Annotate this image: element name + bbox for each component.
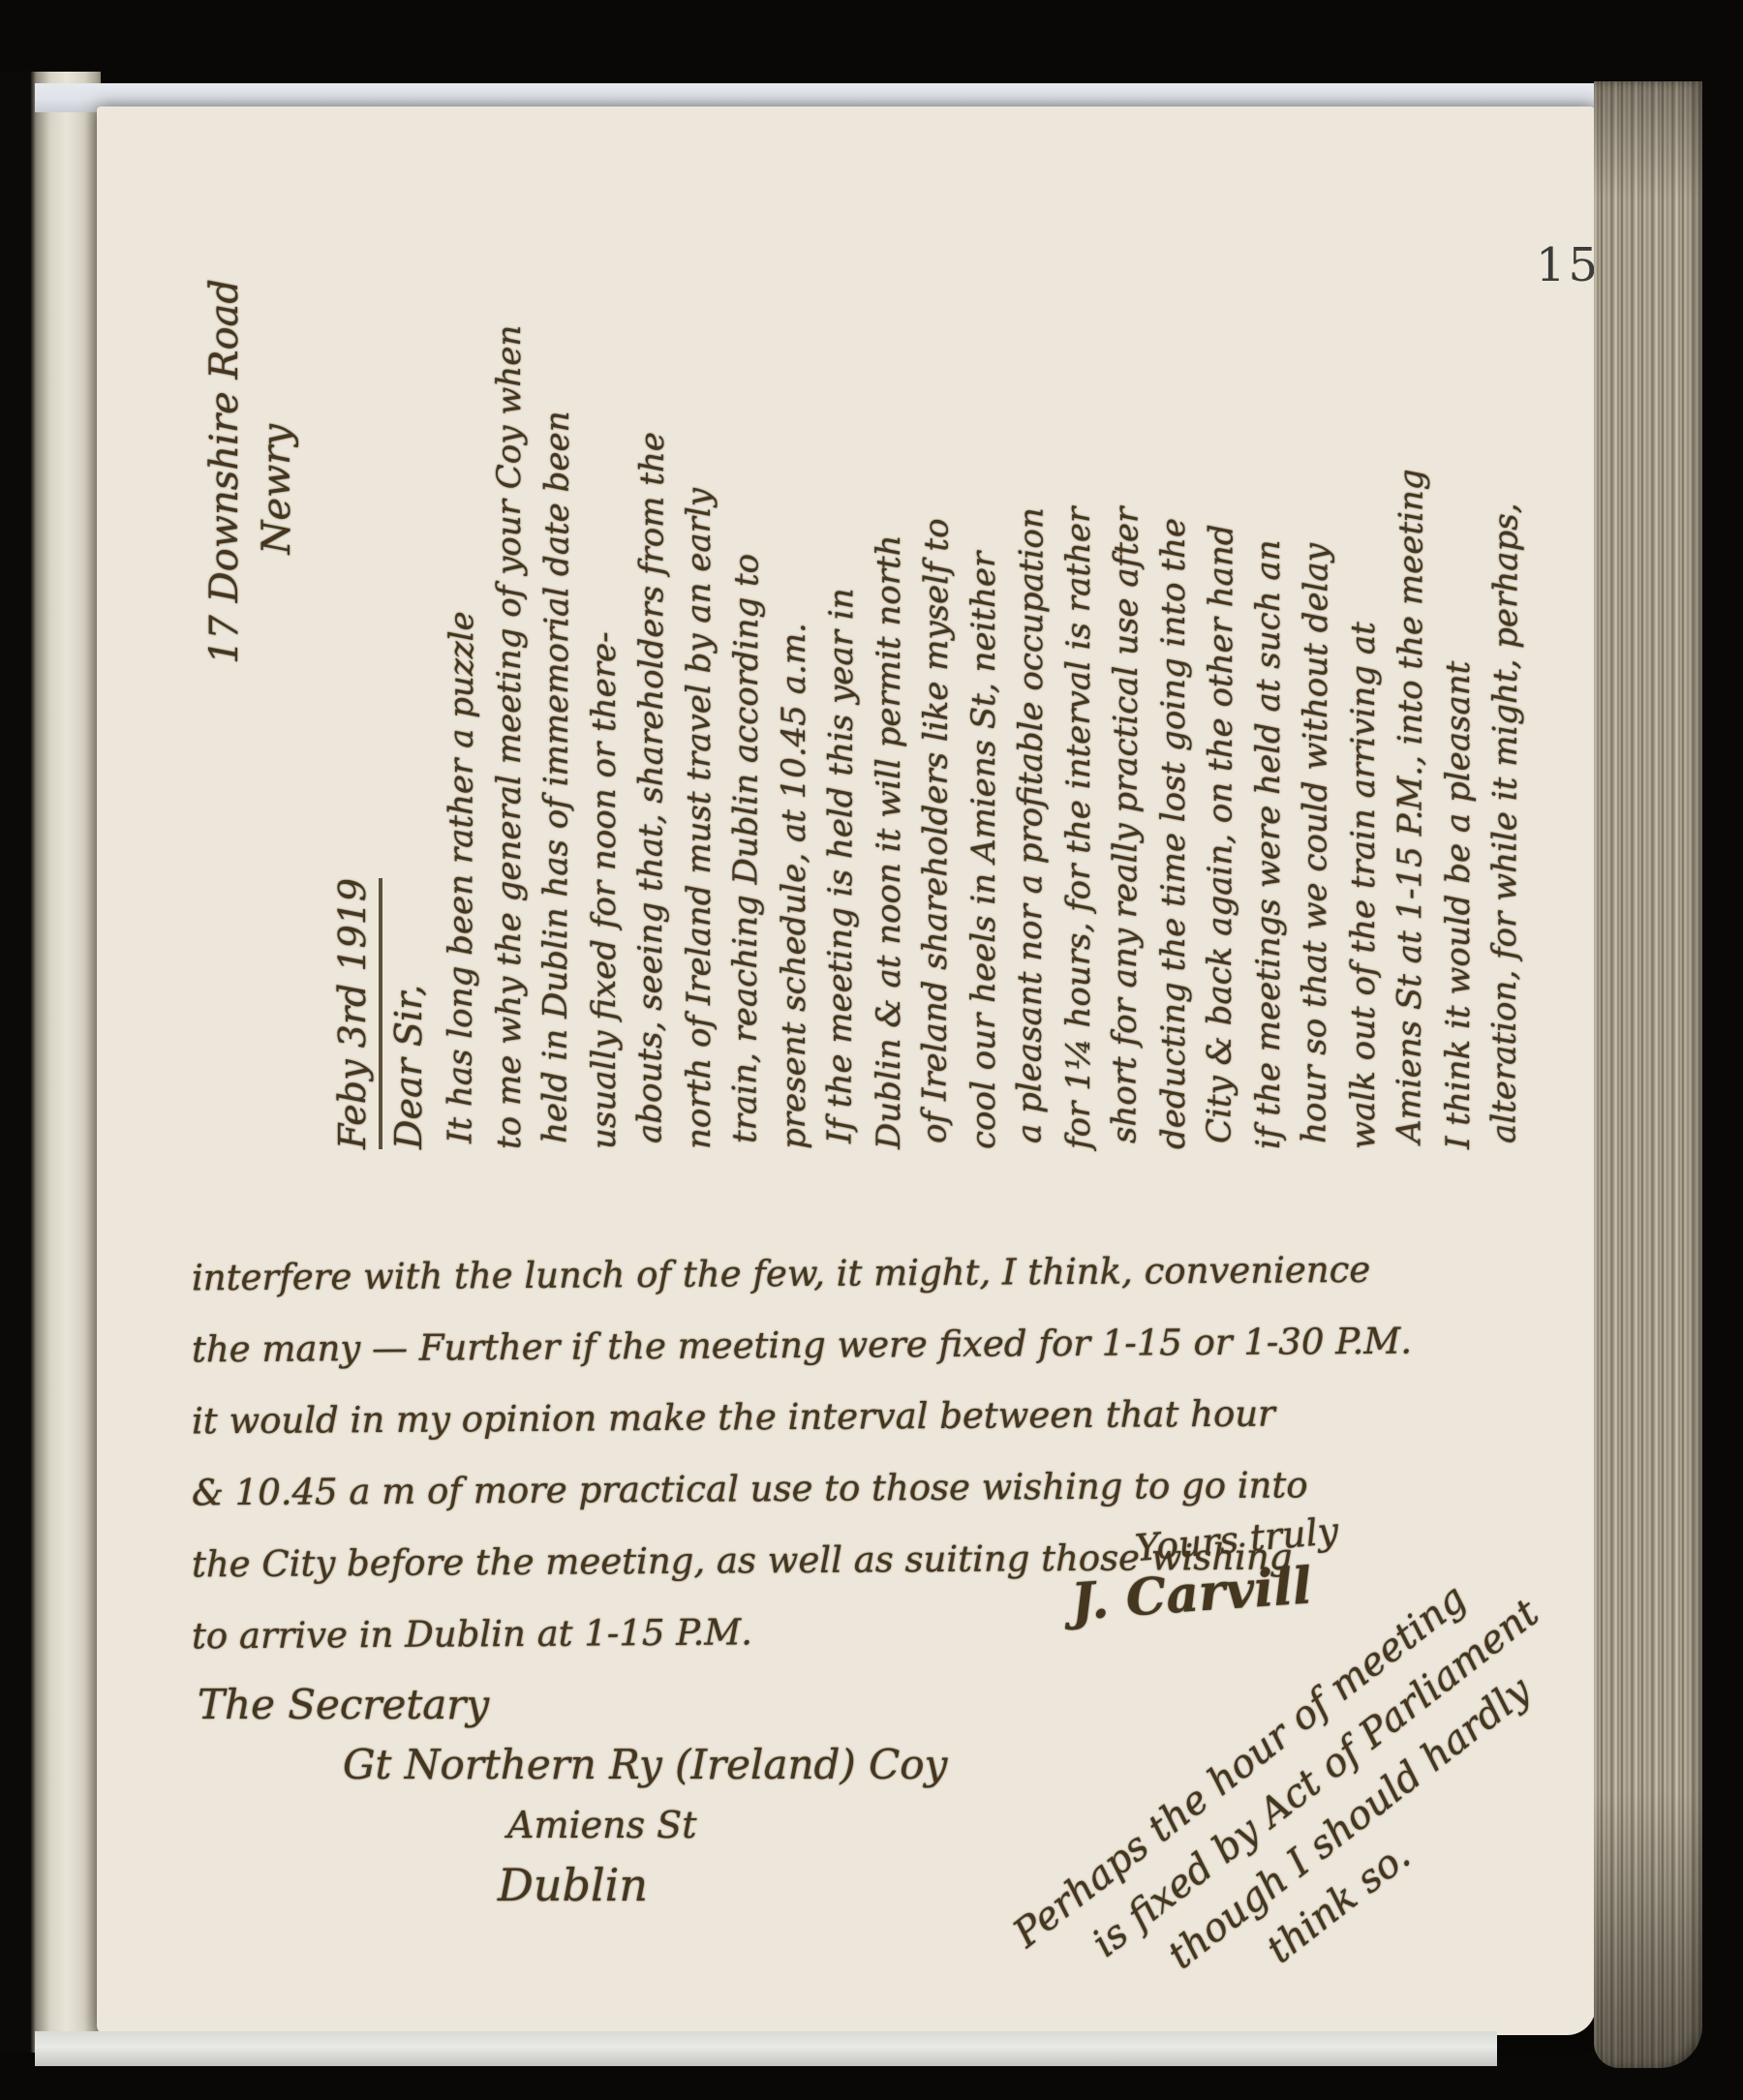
book-fore-edge bbox=[1594, 81, 1702, 2068]
rotated-letter-block: 17 Downshire RoadNewry Feby 3rd 1919 Dea… bbox=[199, 225, 1511, 1149]
handwritten-line: usually fixed for noon or there- bbox=[581, 225, 628, 1149]
handwritten-line: held in Dublin has of immemorial date be… bbox=[532, 219, 582, 1143]
handwritten-line: interfere with the lunch of the few, it … bbox=[192, 1233, 1673, 1315]
handwritten-line: short for any really practical use after bbox=[1101, 219, 1151, 1143]
recipient-line: Amiens St bbox=[507, 1795, 947, 1855]
handwritten-line: abouts, seeing that, shareholders from t… bbox=[627, 219, 677, 1143]
handwritten-line: the many — Further if the meeting were f… bbox=[192, 1304, 1673, 1386]
handwritten-line: If the meeting is held this year in bbox=[816, 219, 867, 1143]
handwritten-line: I think it would be a pleasant bbox=[1435, 225, 1483, 1149]
handwritten-line: hour so that we could without delay bbox=[1291, 219, 1341, 1143]
handwritten-line: Amiens St at 1-15 P.M., into the meeting bbox=[1386, 219, 1436, 1143]
letter-date: Feby 3rd 1919 bbox=[328, 878, 382, 1149]
handwritten-line: & 10.45 a m of more practical use to tho… bbox=[192, 1447, 1673, 1530]
handwritten-line: cool our heels in Amiens St, neither bbox=[961, 225, 1008, 1149]
bottom-sheet-edge bbox=[35, 2031, 1497, 2066]
handwritten-line: north of Ireland must travel by an early bbox=[676, 225, 723, 1149]
handwritten-line: train, reaching Dublin according to bbox=[721, 219, 772, 1143]
sender-address: 17 Downshire RoadNewry bbox=[199, 225, 303, 1149]
handwritten-line: deducting the time lost going into the bbox=[1150, 225, 1198, 1149]
handwritten-line: City & back again, on the other hand bbox=[1196, 219, 1246, 1143]
recipient-line: Dublin bbox=[498, 1855, 947, 1915]
recipient-line: The Secretary bbox=[198, 1675, 947, 1735]
letter-body-vertical: It has long been rather a puzzleto me wh… bbox=[439, 225, 1530, 1149]
address-line: Newry bbox=[251, 279, 303, 1149]
address-line: 17 Downshire Road bbox=[199, 279, 251, 1149]
previous-page-edge bbox=[0, 72, 101, 2053]
handwritten-line: alteration, for while it might, perhaps, bbox=[1481, 219, 1531, 1143]
handwritten-line: It has long been rather a puzzle bbox=[437, 219, 487, 1143]
handwritten-line: to me why the general meeting of your Co… bbox=[486, 225, 534, 1149]
handwritten-line: a pleasant nor a profitable occupation bbox=[1006, 219, 1056, 1143]
handwritten-line: if the meetings were held at such an bbox=[1245, 225, 1293, 1149]
archive-book-photo: 158 17 Downshire RoadNewry Feby 3rd 1919… bbox=[0, 0, 1743, 2100]
salutation: Dear Sir, bbox=[382, 225, 435, 1149]
letter-date-row: Feby 3rd 1919 bbox=[303, 225, 382, 1149]
handwritten-line: for 1¼ hours, for the interval is rather bbox=[1055, 225, 1103, 1149]
handwritten-line: Dublin & at noon it will permit north bbox=[866, 225, 913, 1149]
recipient-address: The SecretaryGt Northern Ry (Ireland) Co… bbox=[198, 1675, 947, 1915]
recipient-line: Gt Northern Ry (Ireland) Coy bbox=[343, 1735, 947, 1795]
letter-page: 158 17 Downshire RoadNewry Feby 3rd 1919… bbox=[97, 107, 1596, 2035]
handwritten-line: present schedule, at 10.45 a.m. bbox=[771, 225, 818, 1149]
handwritten-line: it would in my opinion make the interval… bbox=[192, 1376, 1673, 1458]
handwritten-line: walk out of the train arriving at bbox=[1340, 225, 1388, 1149]
handwritten-line: of Ireland shareholders like myself to bbox=[911, 219, 962, 1143]
